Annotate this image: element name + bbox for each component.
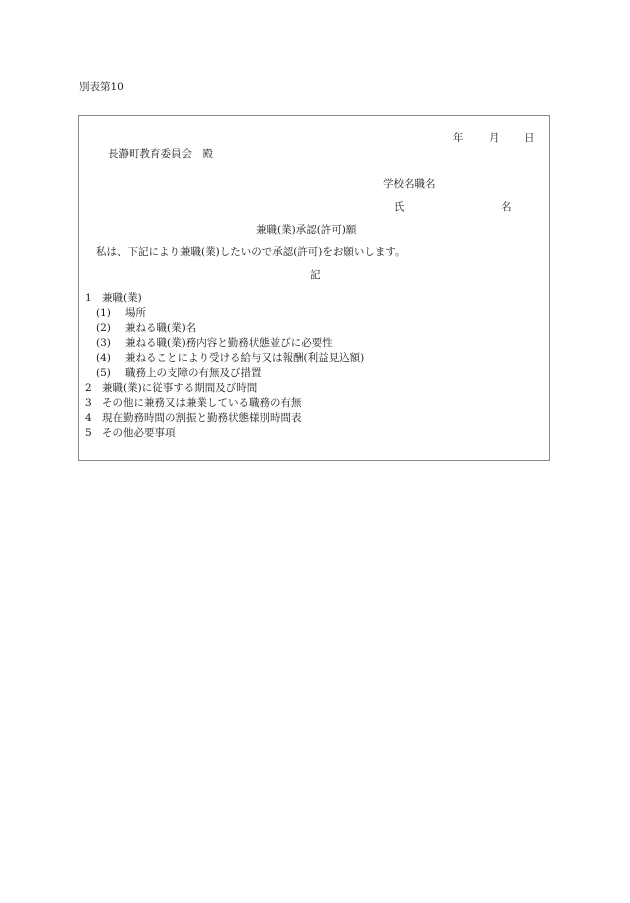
item-1-text: 兼職(業): [102, 292, 142, 305]
item-1-5-text: 職務上の支障の有無及び措置: [125, 367, 262, 380]
request-text: 私は、下記により兼職(業)したいので承認(許可)をお願いします。: [96, 246, 406, 259]
item-1-1-num: (1): [96, 307, 111, 320]
ki-label: 記: [310, 269, 321, 282]
item-4-num: 4: [85, 412, 92, 425]
item-1-3-num: (3): [96, 337, 111, 350]
name-family-label: 氏: [394, 201, 405, 214]
form-title: 兼職(業)承認(許可)願: [256, 224, 356, 237]
item-1-num: 1: [85, 292, 92, 305]
date-year-label: 年: [453, 132, 464, 145]
item-4-text: 現在勤務時間の割振と勤務状態様別時間表: [102, 412, 302, 425]
item-2-num: 2: [85, 382, 92, 395]
date-month-label: 月: [489, 132, 500, 145]
item-3-text: その他に兼務又は兼業している職務の有無: [102, 397, 302, 410]
item-1-5-num: (5): [96, 367, 111, 380]
item-1-2-text: 兼ねる職(業)名: [125, 322, 196, 335]
school-position-label: 学校名職名: [383, 178, 436, 191]
item-1-2-num: (2): [96, 322, 111, 335]
item-1-4-text: 兼ねることにより受ける給与又は報酬(利益見込額): [125, 352, 364, 365]
item-1-4-num: (4): [96, 352, 111, 365]
date-day-label: 日: [524, 132, 535, 145]
name-given-label: 名: [501, 201, 512, 214]
item-1-1-text: 場所: [125, 307, 146, 320]
item-5-num: 5: [85, 427, 92, 440]
item-1-3-text: 兼ねる職(業)務内容と勤務状態並びに必要性: [125, 337, 333, 350]
addressee: 長瀞町教育委員会 殿: [108, 148, 213, 161]
item-2-text: 兼職(業)に従事する期間及び時間: [102, 382, 257, 395]
form-number-label: 別表第10: [79, 81, 124, 94]
item-3-num: 3: [85, 397, 92, 410]
item-5-text: その他必要事項: [102, 427, 176, 440]
